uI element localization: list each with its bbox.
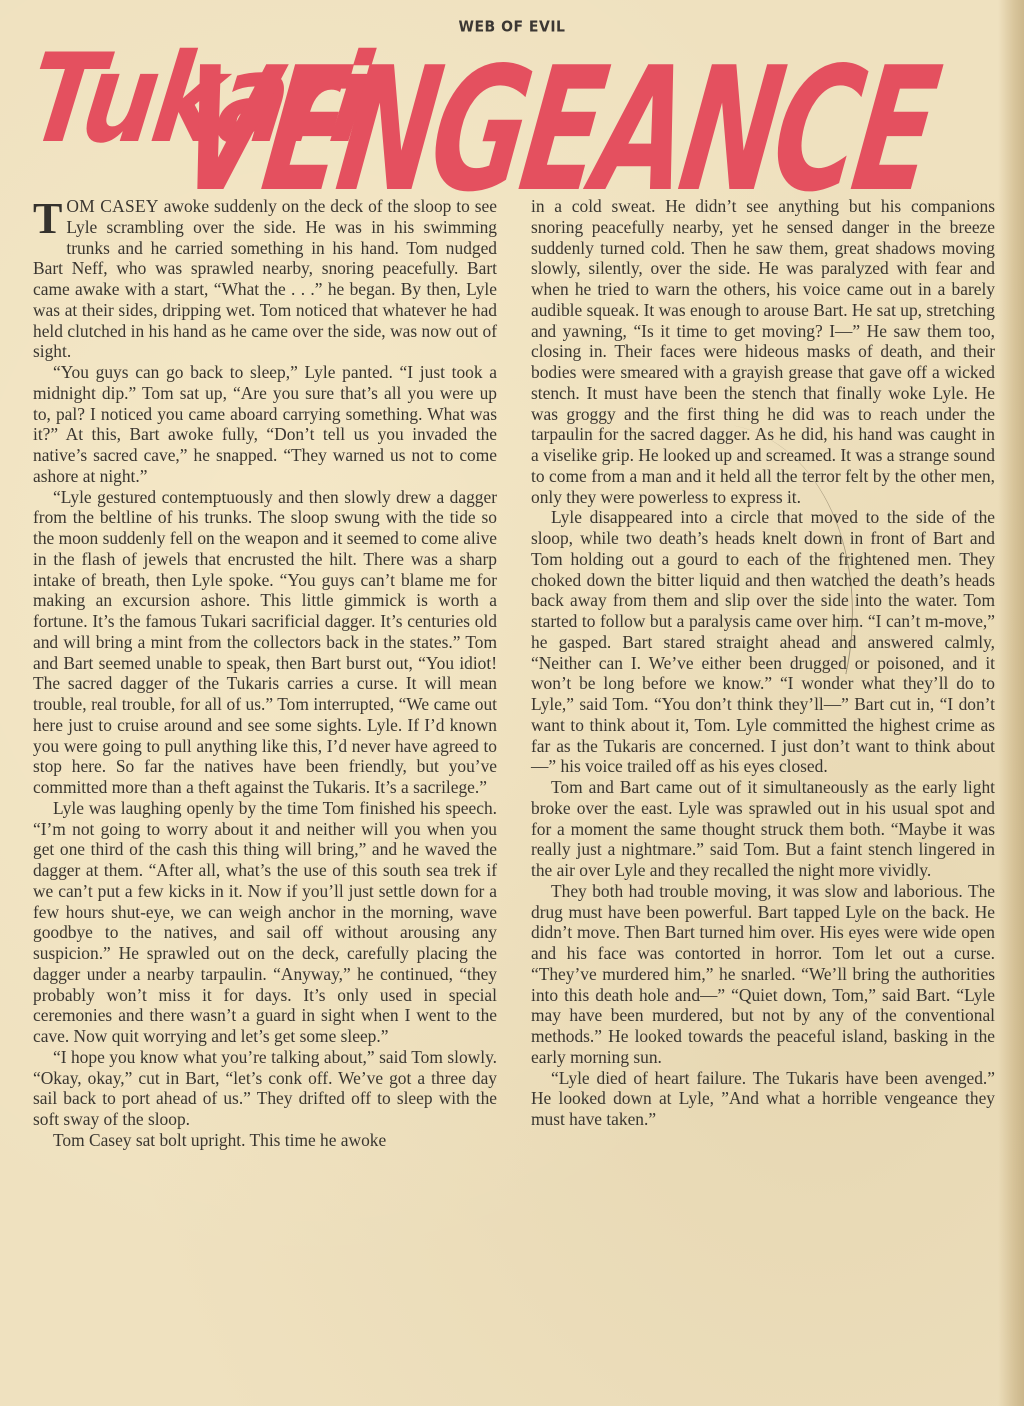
paragraph: “Lyle gestured contemptuously and then s… xyxy=(33,487,497,798)
opening-caps: OM CASEY xyxy=(66,196,158,216)
title-word-vengeance: VENGEANCE xyxy=(170,44,943,215)
page-edge-shadow xyxy=(998,0,1024,1406)
paragraph-text: awoke suddenly on the deck of the sloop … xyxy=(33,196,497,361)
right-column: in a cold sweat. He didn’t see anything … xyxy=(531,196,995,1151)
paragraph: Tom Casey sat bolt upright. This time he… xyxy=(33,1130,497,1151)
story-body: TOM CASEY awoke suddenly on the deck of … xyxy=(33,196,996,1151)
paragraph: “Lyle died of heart failure. The Tukaris… xyxy=(531,1068,995,1130)
paragraph: Lyle was laughing openly by the time Tom… xyxy=(33,798,497,1047)
left-column: TOM CASEY awoke suddenly on the deck of … xyxy=(33,196,497,1151)
paragraph: They both had trouble moving, it was slo… xyxy=(531,881,995,1068)
paragraph: in a cold sweat. He didn’t see anything … xyxy=(531,196,995,507)
story-title: Tukari VENGEANCE xyxy=(22,44,1012,189)
paragraph: “I hope you know what you’re talking abo… xyxy=(33,1047,497,1130)
paragraph: TOM CASEY awoke suddenly on the deck of … xyxy=(33,196,497,362)
paragraph: Lyle disappeared into a circle that move… xyxy=(531,507,995,777)
paragraph: Tom and Bart came out of it simultaneous… xyxy=(531,777,995,881)
drop-cap: T xyxy=(33,200,62,238)
paragraph: “You guys can go back to sleep,” Lyle pa… xyxy=(33,362,497,487)
